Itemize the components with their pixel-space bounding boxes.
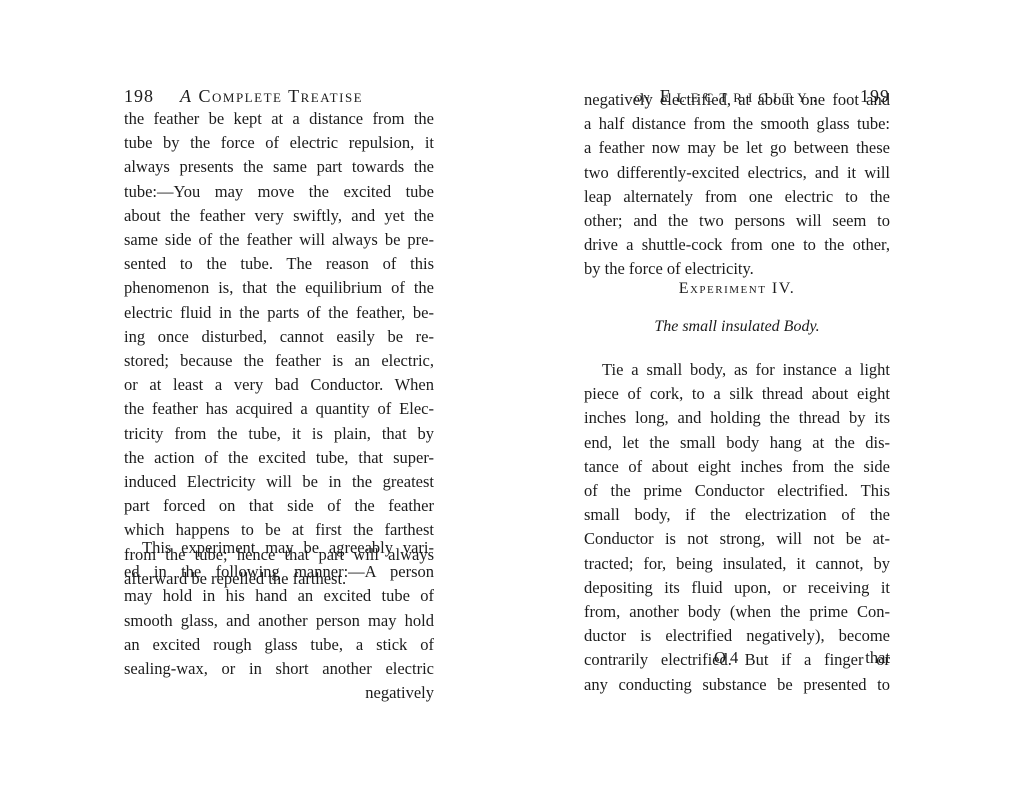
text-line: of the prime Conductor electrified. This <box>584 480 890 502</box>
text-line: tube by the force of electric repulsion,… <box>124 132 434 154</box>
catchword-right: that <box>865 648 890 668</box>
text-line: part forced on that side of the feather <box>124 495 434 517</box>
text-line: phenomenon is, that the equilibrium of t… <box>124 277 434 299</box>
text-line: tracted; for, being insulated, it cannot… <box>584 553 890 575</box>
text-line: a feather now may be let go between thes… <box>584 137 890 159</box>
text-line: electric fluid in the parts of the feath… <box>124 302 434 324</box>
experiment-heading: Experiment IV. <box>584 280 890 298</box>
text-line: Tie a small body, as for instance a ligh… <box>584 359 890 381</box>
text-line: induced Electricity will be in the great… <box>124 471 434 493</box>
text-line: sented to the tube. The reason of this <box>124 253 434 275</box>
text-line: an excited rough glass tube, a stick of <box>124 634 434 656</box>
text-line: other; and the two persons will seem to <box>584 210 890 232</box>
catchword-left: negatively <box>124 682 434 704</box>
text-line: the feather has acquired a quantity of E… <box>124 398 434 420</box>
text-line: by the force of electricity. <box>584 258 890 280</box>
text-line: inches long, and holding the thread by i… <box>584 407 890 429</box>
signature-mark: O 4 <box>714 648 738 668</box>
text-line: tricity from the tube, it is plain, that… <box>124 423 434 445</box>
text-line: leap alternately from one electric to th… <box>584 186 890 208</box>
text-line: tance of about eight inches from the sid… <box>584 456 890 478</box>
text-line: Conductor is not strong, will not be at- <box>584 528 890 550</box>
text-line: or at least a very bad Conductor. When <box>124 374 434 396</box>
text-line: sealing-wax, or in short another electri… <box>124 658 434 680</box>
text-line: drive a shuttle-cock from one to the oth… <box>584 234 890 256</box>
text-line: ed in the following manner:—A person <box>124 561 434 583</box>
page-footer: O 4 that <box>584 648 890 670</box>
running-title-left: A Complete Treatise <box>180 86 363 107</box>
page-number-left: 198 <box>124 86 154 107</box>
text-line: from, another body (when the prime Con- <box>584 601 890 623</box>
text-line: smooth glass, and another person may hol… <box>124 610 434 632</box>
text-line: ductor is electrified negatively), becom… <box>584 625 890 647</box>
text-line: ing once disturbed, cannot easily be re- <box>124 326 434 348</box>
text-line: a half distance from the smooth glass tu… <box>584 113 890 135</box>
text-line: any conducting substance be presented to <box>584 674 890 696</box>
text-line: same side of the feather will always be … <box>124 229 434 251</box>
left-running-header: 198 A Complete Treatise <box>124 86 434 110</box>
text-line: negatively electrified, at about one foo… <box>584 89 890 111</box>
experiment-subheading: The small insulated Body. <box>584 318 890 336</box>
text-line: the action of the excited tube, that sup… <box>124 447 434 469</box>
text-line: stored; because the feather is an electr… <box>124 350 434 372</box>
text-line: the feather be kept at a distance from t… <box>124 108 434 130</box>
text-line: This experiment may be agreeably vari- <box>124 537 434 559</box>
text-line: small body, if the electrization of the <box>584 504 890 526</box>
text-line: tube:—You may move the excited tube <box>124 181 434 203</box>
text-line: may hold in his hand an excited tube of <box>124 585 434 607</box>
text-line: two differently-excited electrics, and i… <box>584 162 890 184</box>
text-line: end, let the small body hang at the dis- <box>584 432 890 454</box>
text-line: about the feather very swiftly, and yet … <box>124 205 434 227</box>
text-line: piece of cork, to a silk thread about ei… <box>584 383 890 405</box>
text-line: always presents the same part towards th… <box>124 156 434 178</box>
text-line: depositing its fluid upon, or receiving … <box>584 577 890 599</box>
